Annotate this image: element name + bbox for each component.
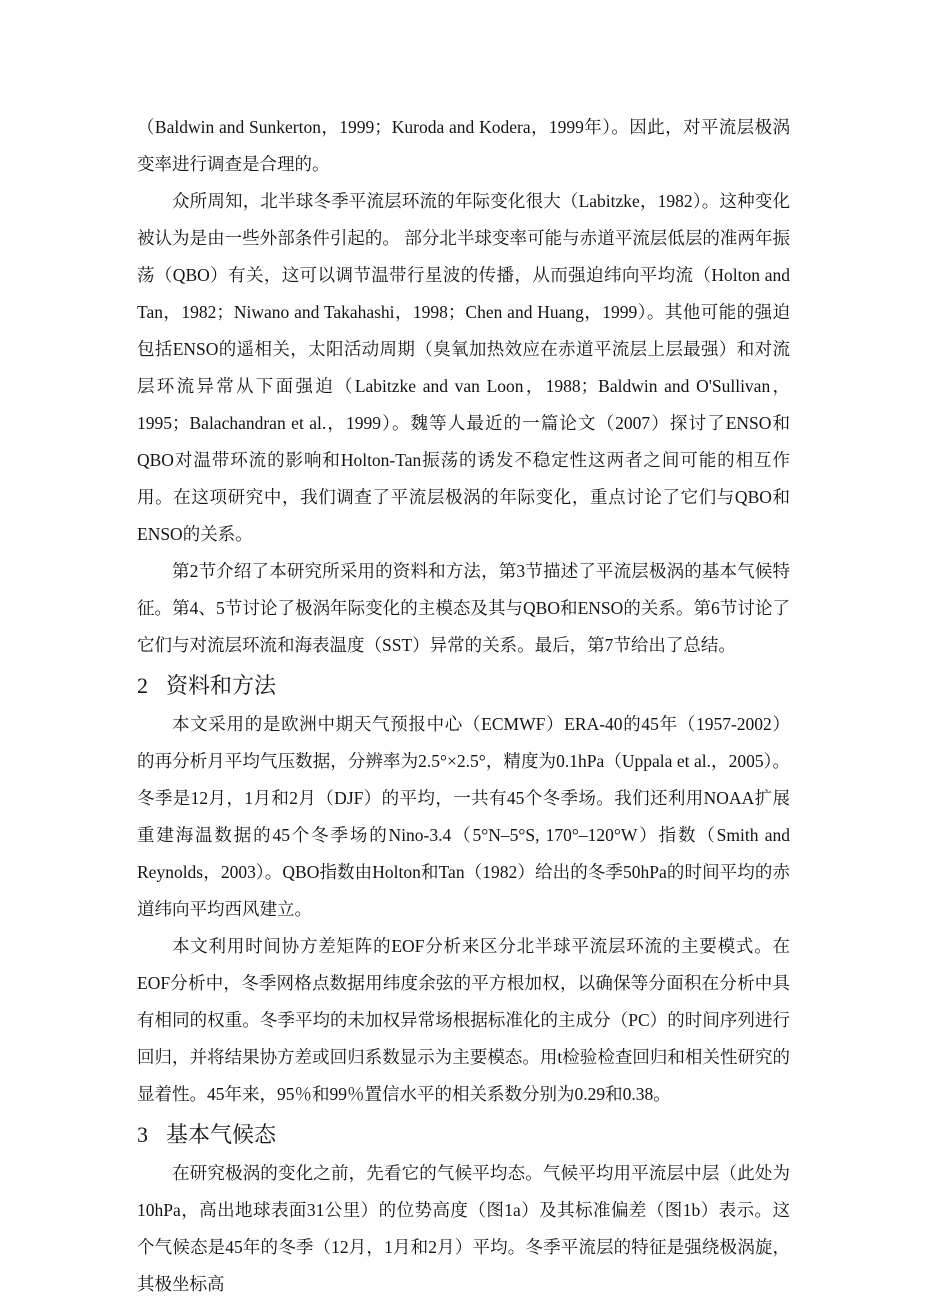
document-page: （Baldwin and Sunkerton，1999；Kuroda and K… xyxy=(0,0,925,1309)
paragraph: 本文利用时间协方差矩阵的EOF分析来区分北半球平流层环流的主要模式。在EOF分析… xyxy=(137,928,790,1113)
paragraph: 众所周知，北半球冬季平流层环流的年际变化很大（Labitzke，1982）。这种… xyxy=(137,183,790,553)
section-title: 基本气候态 xyxy=(166,1122,276,1147)
document-body: （Baldwin and Sunkerton，1999；Kuroda and K… xyxy=(137,109,790,1303)
section-title: 资料和方法 xyxy=(166,673,276,698)
paragraph: 在研究极涡的变化之前，先看它的气候平均态。气候平均用平流层中层（此处为10hPa… xyxy=(137,1155,790,1303)
section-number: 3 xyxy=(137,1122,148,1147)
paragraph: （Baldwin and Sunkerton，1999；Kuroda and K… xyxy=(137,109,790,183)
section-heading: 3基本气候态 xyxy=(137,1115,790,1155)
paragraph: 本文采用的是欧洲中期天气预报中心（ECMWF）ERA-40的45年（1957-2… xyxy=(137,706,790,928)
section-heading: 2资料和方法 xyxy=(137,666,790,706)
paragraph: 第2节介绍了本研究所采用的资料和方法，第3节描述了平流层极涡的基本气候特征。第4… xyxy=(137,553,790,664)
section-number: 2 xyxy=(137,673,148,698)
